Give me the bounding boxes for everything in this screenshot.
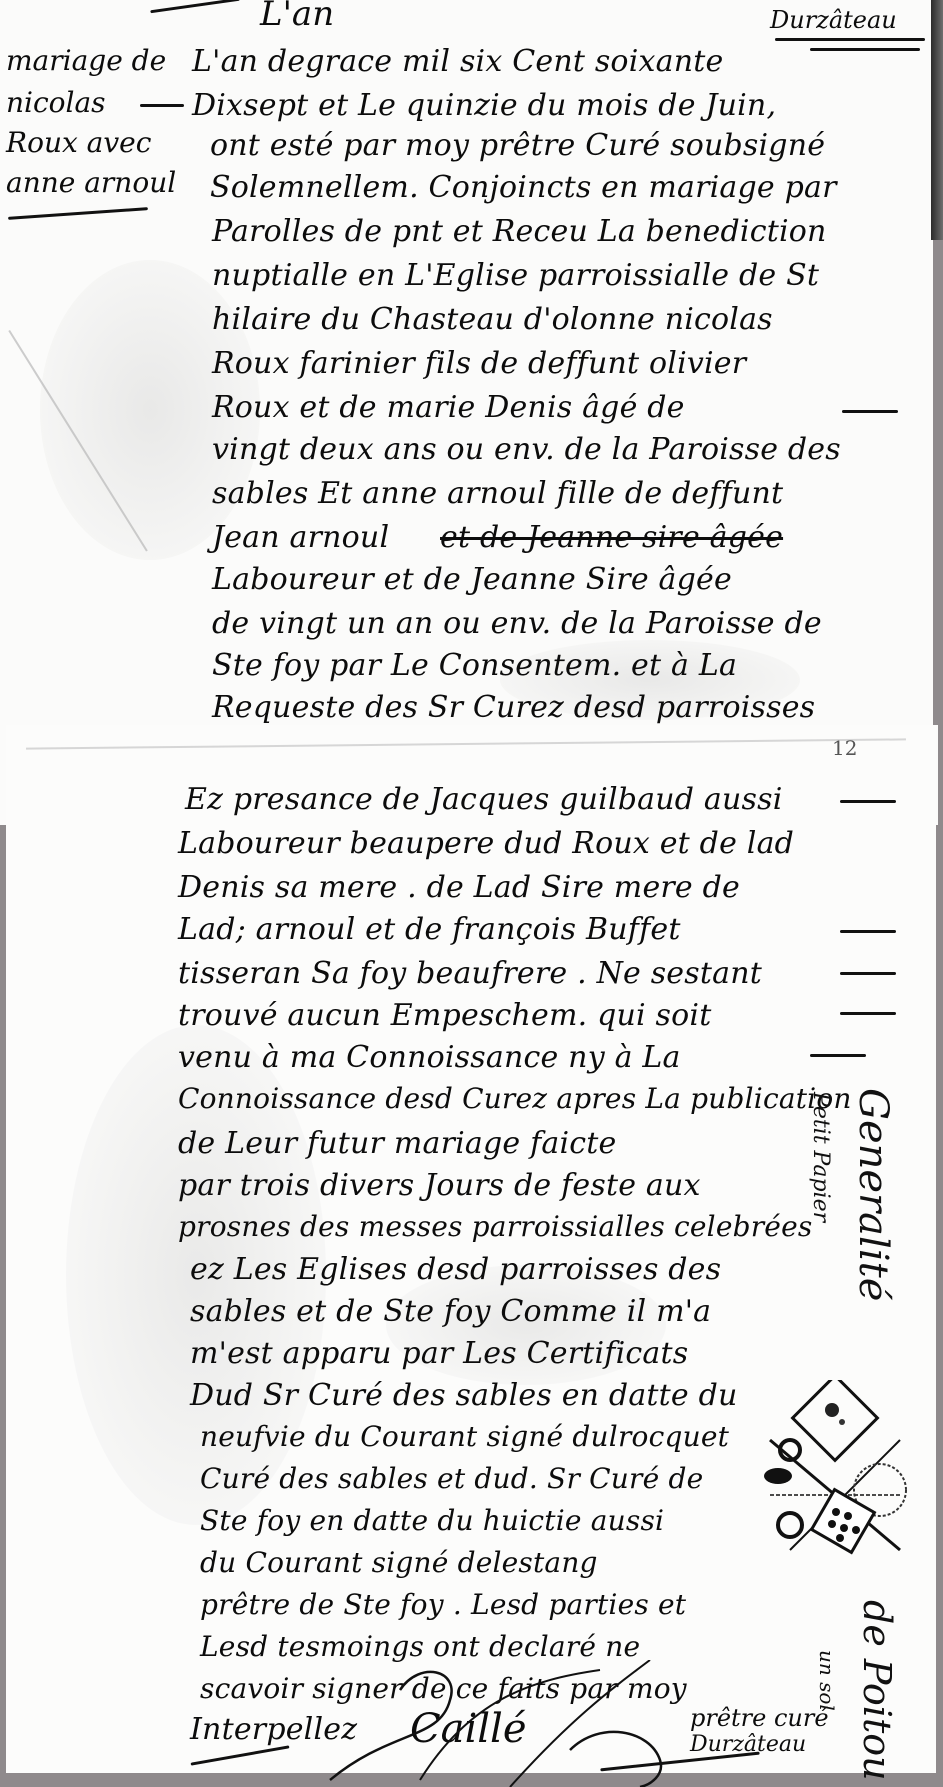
line-end-dash	[842, 410, 898, 413]
text-line: Roux et de marie Denis âgé de	[212, 390, 685, 425]
margin-bride: anne arnoul	[6, 166, 176, 199]
text-line: tisseran Sa foy beaufrere . Ne sestant	[178, 956, 762, 991]
text-line: sables Et anne arnoul fille de deffunt	[212, 476, 783, 511]
heading-mark: L'an	[260, 0, 334, 34]
margin-underline	[8, 207, 148, 220]
text-line: m'est apparu par Les Certificats	[190, 1336, 688, 1371]
text-line: Connoissance desd Curez apres La publica…	[178, 1082, 852, 1115]
margin-groom-first: nicolas	[6, 86, 106, 119]
text-line: Lad; arnoul et de françois Buffet	[178, 912, 681, 947]
text-line: Laboureur et de Jeanne Sire âgée	[212, 562, 732, 597]
name-underline-2	[810, 48, 920, 51]
margin-title: mariage de	[6, 44, 166, 77]
text-line: ez Les Eglises desd parroisses des	[190, 1252, 721, 1287]
text-line: sables et de Ste foy Comme il m'a	[190, 1294, 711, 1329]
text-line: par trois divers Jours de feste aux	[178, 1168, 701, 1203]
text-line: Ez presance de Jacques guilbaud aussi	[185, 782, 783, 817]
text-line: Roux farinier fils de deffunt olivier	[212, 346, 746, 381]
text-line: L'an degrace mil six Cent soixante	[192, 44, 723, 79]
struck-text: et de Jeanne sire âgée	[440, 520, 783, 555]
text-line: venu à ma Connoissance ny à La	[178, 1040, 681, 1075]
text-line: ont esté par moy prêtre Curé soubsigné	[210, 128, 825, 163]
text-line: Ste foy par Le Consentem. et à La	[212, 648, 737, 683]
text-line: neufvie du Courant signé dulrocquet	[200, 1420, 729, 1453]
text-line: Ste foy en datte du huictie aussi	[200, 1504, 664, 1537]
stamp-province: de Poitou	[855, 1600, 899, 1781]
top-right-name: Durzâteau	[770, 6, 897, 34]
tax-stamp-emblem-icon	[760, 1380, 910, 1570]
text-line: Laboureur beaupere dud Roux et de lad	[178, 826, 794, 861]
text-line: trouvé aucun Empeschem. qui soit	[178, 998, 711, 1033]
text-line: Lesd tesmoings ont declaré ne	[200, 1630, 640, 1663]
text-line: Parolles de pnt et Receu La benediction	[212, 214, 827, 249]
text-line: Jean arnoul	[212, 520, 389, 555]
text-line: Dixsept et Le quinzie du mois de Juin,	[192, 88, 776, 123]
text-line: hilaire du Chasteau d'olonne nicolas	[212, 302, 773, 337]
stamp-generalite: Generalité	[850, 1088, 896, 1301]
upper-sheet: L'an Durzâteau mariage de nicolas Roux a…	[0, 0, 933, 725]
text-line: prêtre de Ste foy . Lesd parties et	[200, 1588, 686, 1621]
sheet-edge	[26, 738, 906, 749]
text-line: Dud Sr Curé des sables en datte du	[190, 1378, 738, 1413]
line-end-dash	[810, 1054, 866, 1057]
name-underline	[775, 38, 925, 41]
scanned-register-page: L'an Durzâteau mariage de nicolas Roux a…	[0, 0, 943, 1787]
top-flourish	[150, 0, 240, 13]
text-line: du Courant signé delestang	[200, 1546, 598, 1579]
stamp-price: un sol	[815, 1650, 839, 1711]
line-end-dash	[840, 800, 896, 803]
text-line: vingt deux ans ou env. de la Paroisse de…	[212, 432, 841, 467]
stamp-petit-papier: Petit Papier	[808, 1092, 833, 1222]
text-line: Curé des sables et dud. Sr Curé de	[200, 1462, 703, 1495]
margin-groom-last: Roux avec	[6, 126, 151, 159]
text-line: nuptialle en L'Eglise parroissialle de S…	[212, 258, 819, 293]
priest-title: prêtre curé	[690, 1704, 829, 1732]
line-end-dash	[840, 972, 896, 975]
margin-dash	[140, 104, 184, 107]
text-line: Denis sa mere . de Lad Sire mere de	[178, 870, 740, 905]
line-end-dash	[840, 930, 896, 933]
text-line: Solemnellem. Conjoincts en mariage par	[210, 170, 837, 205]
text-line: de vingt un an ou env. de la Paroisse de	[212, 606, 822, 641]
line-end-dash	[840, 1012, 896, 1015]
page-number: 12	[832, 736, 857, 760]
text-line: de Leur futur mariage faicte	[178, 1126, 617, 1161]
text-line: prosnes des messes parroissialles celebr…	[178, 1210, 812, 1243]
text-line: Requeste des Sr Curez desd parroisses	[212, 690, 815, 725]
